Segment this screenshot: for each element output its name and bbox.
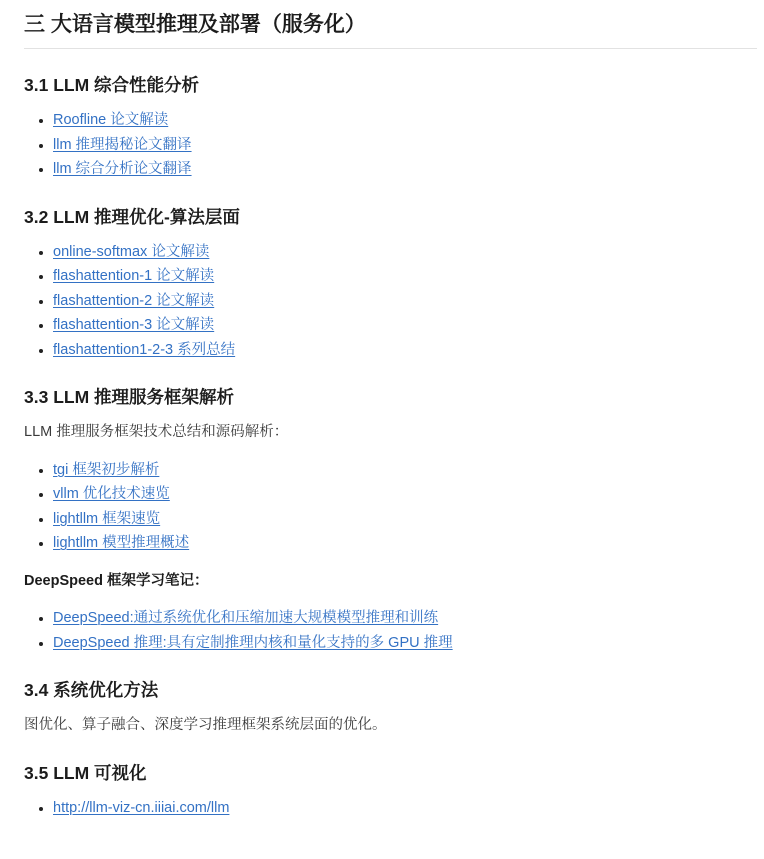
section-3-5-link-list: http://llm-viz-cn.iiiai.com/llm <box>24 798 757 820</box>
link-flashattention-2-paper[interactable]: flashattention-2 论文解读 <box>53 293 214 309</box>
deepspeed-note-text: DeepSpeed 框架学习笔记： <box>24 571 757 593</box>
link-flashattention-3-paper[interactable]: flashattention-3 论文解读 <box>53 317 214 333</box>
list-item: DeepSpeed 推理:具有定制推理内核和量化支持的多 GPU 推理 <box>53 633 757 655</box>
list-item: flashattention-1 论文解读 <box>53 266 757 288</box>
section-3-4-heading: 3.4 系统优化方法 <box>24 679 757 701</box>
list-item: flashattention-2 论文解读 <box>53 291 757 313</box>
link-deepspeed-system-optimization[interactable]: DeepSpeed:通过系统优化和压缩加速大规模模型推理和训练 <box>53 610 438 626</box>
list-item: Roofline 论文解读 <box>53 110 757 132</box>
document: 三 大语言模型推理及部署（服务化） 3.1 LLM 综合性能分析 Rooflin… <box>0 0 764 859</box>
section-3-3-deepspeed-link-list: DeepSpeed:通过系统优化和压缩加速大规模模型推理和训练 DeepSpee… <box>24 608 757 654</box>
section-3-1-link-list: Roofline 论文解读 llm 推理揭秘论文翻译 llm 综合分析论文翻译 <box>24 110 757 181</box>
list-item: lightllm 框架速览 <box>53 509 757 531</box>
list-item: llm 推理揭秘论文翻译 <box>53 135 757 157</box>
link-llm-viz-url[interactable]: http://llm-viz-cn.iiiai.com/llm <box>53 800 229 816</box>
link-lightllm-model-inference-overview[interactable]: lightllm 模型推理概述 <box>53 535 189 551</box>
list-item: http://llm-viz-cn.iiiai.com/llm <box>53 798 757 820</box>
section-3-1-heading: 3.1 LLM 综合性能分析 <box>24 74 757 96</box>
link-llm-comprehensive-analysis-translation[interactable]: llm 综合分析论文翻译 <box>53 161 192 177</box>
list-item: DeepSpeed:通过系统优化和压缩加速大规模模型推理和训练 <box>53 608 757 630</box>
section-3-3-heading: 3.3 LLM 推理服务框架解析 <box>24 386 757 408</box>
link-vllm-optimization-overview[interactable]: vllm 优化技术速览 <box>53 486 170 502</box>
list-item: lightllm 模型推理概述 <box>53 533 757 555</box>
section-3-3-framework-link-list: tgi 框架初步解析 vllm 优化技术速览 lightllm 框架速览 lig… <box>24 460 757 555</box>
list-item: tgi 框架初步解析 <box>53 460 757 482</box>
list-item: flashattention1-2-3 系列总结 <box>53 340 757 362</box>
link-flashattention-1-paper[interactable]: flashattention-1 论文解读 <box>53 268 214 284</box>
link-deepspeed-multi-gpu-inference[interactable]: DeepSpeed 推理:具有定制推理内核和量化支持的多 GPU 推理 <box>53 635 453 651</box>
link-roofline-paper[interactable]: Roofline 论文解读 <box>53 112 168 128</box>
system-optimization-text: 图优化、算子融合、深度学习推理框架系统层面的优化。 <box>24 715 757 737</box>
section-3-2-heading: 3.2 LLM 推理优化-算法层面 <box>24 206 757 228</box>
link-llm-inference-secrets-translation[interactable]: llm 推理揭秘论文翻译 <box>53 137 192 153</box>
link-tgi-framework-analysis[interactable]: tgi 框架初步解析 <box>53 462 159 478</box>
section-3-2-link-list: online-softmax 论文解读 flashattention-1 论文解… <box>24 242 757 362</box>
link-lightllm-framework-overview[interactable]: lightllm 框架速览 <box>53 511 160 527</box>
link-flashattention-series-summary[interactable]: flashattention1-2-3 系列总结 <box>53 342 235 358</box>
section-3-5-heading: 3.5 LLM 可视化 <box>24 762 757 784</box>
list-item: online-softmax 论文解读 <box>53 242 757 264</box>
framework-intro-text: LLM 推理服务框架技术总结和源码解析： <box>24 422 757 444</box>
page-title: 三 大语言模型推理及部署（服务化） <box>24 11 757 49</box>
list-item: flashattention-3 论文解读 <box>53 315 757 337</box>
list-item: llm 综合分析论文翻译 <box>53 159 757 181</box>
list-item: vllm 优化技术速览 <box>53 484 757 506</box>
link-online-softmax-paper[interactable]: online-softmax 论文解读 <box>53 244 209 260</box>
